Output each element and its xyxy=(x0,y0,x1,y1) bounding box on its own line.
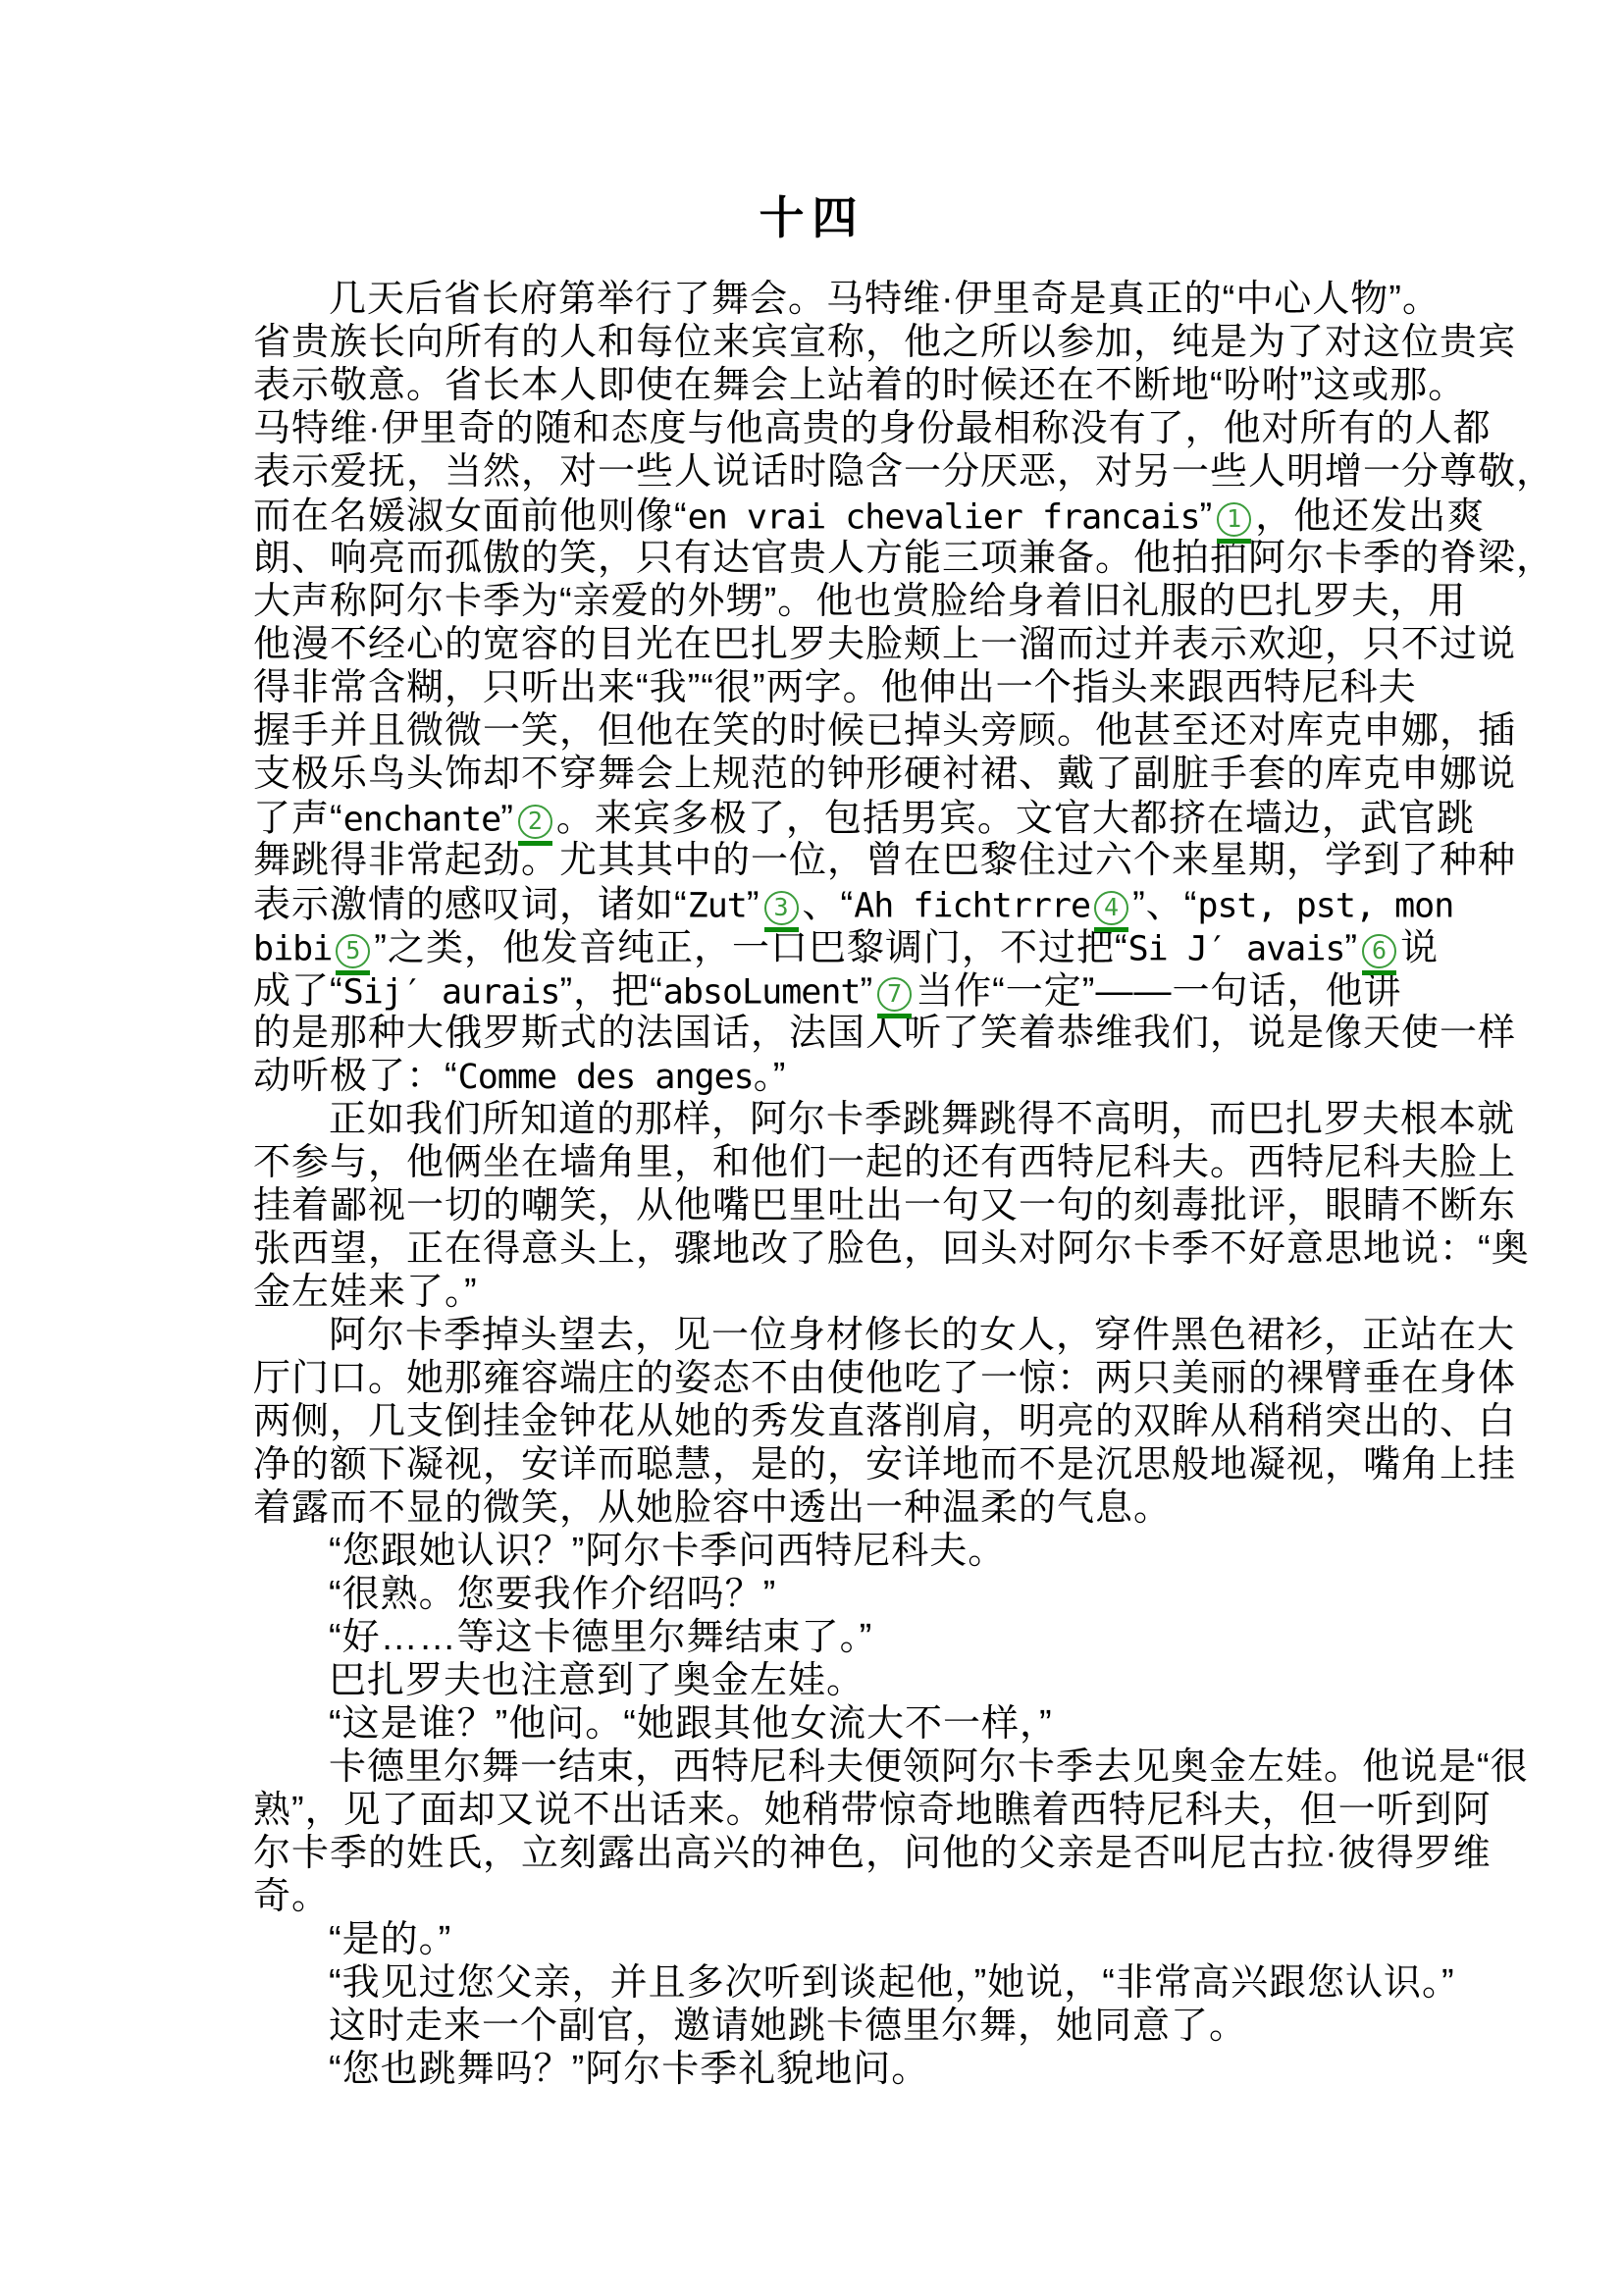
text-line: “好……等这卡德里尔舞结束了。” xyxy=(253,1616,1401,1659)
text-line: 几天后省长府第举行了舞会。马特维·伊里奇是真正的“中心人物”。 xyxy=(253,278,1401,321)
text-line: 卡德里尔舞一结束，西特尼科夫便领阿尔卡季去见奥金左娃。他说是“很 xyxy=(253,1746,1401,1789)
text-line: 他漫不经心的宽容的目光在巴扎罗夫脸颊上一溜而过并表示欢迎，只不过说 xyxy=(253,623,1401,666)
text-line: “很熟。您要我作介绍吗？” xyxy=(253,1573,1401,1616)
paragraph: “是的。” xyxy=(253,1918,1401,1961)
text-line: 金左娃来了。” xyxy=(253,1271,1401,1314)
paragraph: 阿尔卡季掉头望去，见一位身材修长的女人，穿件黑色裙衫，正站在大厅门口。她那雍容端… xyxy=(253,1314,1401,1530)
text-line: “我见过您父亲，并且多次听到谈起他，”她说，“非常高兴跟您认识。” xyxy=(253,1961,1401,2005)
chinese-text: 正如我们所知道的那样，阿尔卡季跳舞跳得不高明，而巴扎罗夫根本就 xyxy=(329,1099,1515,1140)
chinese-text: “这是谁？”他问。“她跟其他女流大不一样，” xyxy=(329,1703,1053,1745)
text-line: 厅门口。她那雍容端庄的姿态不由使他吃了一惊：两只美丽的裸臂垂在身体 xyxy=(253,1357,1401,1400)
chinese-text: 。” xyxy=(754,1056,787,1097)
chinese-text: 着露而不显的微笑，从她脸容中透出一种温柔的气息。 xyxy=(253,1487,1172,1529)
paragraph: 巴扎罗夫也注意到了奥金左娃。 xyxy=(253,1659,1401,1702)
chinese-text: 净的额下凝视，安详而聪慧，是的，安详地而不是沉思般地凝视，嘴角上挂 xyxy=(253,1444,1516,1486)
chinese-text: 支极乐鸟头饰却不穿舞会上规范的钟形硬衬裙、戴了副脏手套的库克申娜说 xyxy=(253,754,1516,795)
chinese-text: ” xyxy=(1200,496,1214,538)
footnote-ref-4[interactable]: 4 xyxy=(1094,882,1128,932)
footnote-ref-circle: 5 xyxy=(336,934,370,968)
text-line: “是的。” xyxy=(253,1918,1401,1961)
text-line: 舞跳得非常起劲。尤其其中的一位，曾在巴黎住过六个来星期，学到了种种 xyxy=(253,839,1401,882)
chinese-text: 省贵族长向所有的人和每位来宾宣称，他之所以参加，纯是为了对这位贵宾 xyxy=(253,322,1516,363)
text-line: 阿尔卡季掉头望去，见一位身材修长的女人，穿件黑色裙衫，正站在大 xyxy=(253,1314,1401,1357)
chinese-text: “我见过您父亲，并且多次听到谈起他，”她说，“非常高兴跟您认识。” xyxy=(329,1962,1455,2004)
chinese-text: ”之类，他发音纯正，一口巴黎调门，不过把“ xyxy=(374,928,1127,969)
text-line: 尔卡季的姓氏，立刻露出高兴的神色，问他的父亲是否叫尼古拉·彼得罗维 xyxy=(253,1832,1401,1875)
chinese-text: 动听极了：“ xyxy=(253,1056,458,1097)
chinese-text: ” xyxy=(747,885,760,926)
footnote-ref-circle: 3 xyxy=(764,891,799,925)
footnote-ref-1[interactable]: 1 xyxy=(1217,494,1251,544)
text-line: 熟”，见了面却又说不出话来。她稍带惊奇地瞧着西特尼科夫，但一听到阿 xyxy=(253,1789,1401,1832)
latin-text: Ah fichtrrre xyxy=(854,887,1090,926)
chinese-text: 表示爱抚，当然，对一些人说话时隐含一分厌恶，对另一些人明增一分尊敬， xyxy=(253,451,1554,493)
text-line: 的是那种大俄罗斯式的法国话，法国人听了笑着恭维我们，说是像天使一样 xyxy=(253,1012,1401,1055)
paragraph: “您也跳舞吗？”阿尔卡季礼貌地问。 xyxy=(253,2048,1401,2091)
chinese-text: 卡德里尔舞一结束，西特尼科夫便领阿尔卡季去见奥金左娃。他说是“很 xyxy=(329,1747,1529,1788)
latin-text: enchante xyxy=(343,801,501,840)
chinese-text: ”，把“ xyxy=(559,971,662,1013)
latin-text: pst, pst, mon xyxy=(1197,887,1453,926)
document-body: 几天后省长府第举行了舞会。马特维·伊里奇是真正的“中心人物”。省贵族长向所有的人… xyxy=(253,278,1401,2091)
chapter-title: 十四 xyxy=(0,182,1624,247)
text-line: 支极乐鸟头饰却不穿舞会上规范的钟形硬衬裙、戴了副脏手套的库克申娜说 xyxy=(253,753,1401,796)
latin-text: Zut xyxy=(688,887,747,926)
footnote-ref-circle: 2 xyxy=(518,805,552,839)
chinese-text: 阿尔卡季掉头望去，见一位身材修长的女人，穿件黑色裙衫，正站在大 xyxy=(329,1315,1515,1356)
chinese-text: 说 xyxy=(1400,928,1439,969)
chinese-text: 舞跳得非常起劲。尤其其中的一位，曾在巴黎住过六个来星期，学到了种种 xyxy=(253,840,1516,881)
footnote-ref-2[interactable]: 2 xyxy=(518,796,552,846)
chinese-text: 成了“ xyxy=(253,971,343,1013)
paragraph: 卡德里尔舞一结束，西特尼科夫便领阿尔卡季去见奥金左娃。他说是“很熟”，见了面却又… xyxy=(253,1746,1401,1918)
chinese-text: ，他还发出爽 xyxy=(1255,496,1485,538)
paragraph: “您跟她认识？”阿尔卡季问西特尼科夫。 xyxy=(253,1530,1401,1573)
latin-text: bibi xyxy=(253,930,332,969)
footnote-ref-6[interactable]: 6 xyxy=(1362,925,1396,975)
chinese-text: “是的。” xyxy=(329,1919,451,1960)
text-line: 表示激情的感叹词，诸如“Zut”3、“Ah fichtrrre4”、“pst, … xyxy=(253,882,1401,925)
paragraph: 这时走来一个副官，邀请她跳卡德里尔舞，她同意了。 xyxy=(253,2005,1401,2048)
text-line: 省贵族长向所有的人和每位来宾宣称，他之所以参加，纯是为了对这位贵宾 xyxy=(253,321,1401,364)
chinese-text: 、“ xyxy=(803,885,855,926)
chinese-text: 这时走来一个副官，邀请她跳卡德里尔舞，她同意了。 xyxy=(329,2006,1247,2047)
chinese-text: 不参与，他俩坐在墙角里，和他们一起的还有西特尼科夫。西特尼科夫脸上 xyxy=(253,1142,1516,1183)
text-line: 张西望，正在得意头上，骤地改了脸色，回头对阿尔卡季不好意思地说：“奥 xyxy=(253,1227,1401,1271)
text-line: “您也跳舞吗？”阿尔卡季礼貌地问。 xyxy=(253,2048,1401,2091)
text-line: 得非常含糊，只听出来“我”“很”两字。他伸出一个指头来跟西特尼科夫 xyxy=(253,666,1401,709)
footnote-ref-5[interactable]: 5 xyxy=(336,925,370,975)
text-line: 正如我们所知道的那样，阿尔卡季跳舞跳得不高明，而巴扎罗夫根本就 xyxy=(253,1098,1401,1141)
text-line: “这是谁？”他问。“她跟其他女流大不一样，” xyxy=(253,1702,1401,1746)
chinese-text: 表示敬意。省长本人即使在舞会上站着的时候还在不断地“吩咐”这或那。 xyxy=(253,365,1466,406)
text-line: 奇。 xyxy=(253,1875,1401,1918)
paragraph: 正如我们所知道的那样，阿尔卡季跳舞跳得不高明，而巴扎罗夫根本就不参与，他俩坐在墙… xyxy=(253,1098,1401,1314)
chinese-text: 大声称阿尔卡季为“亲爱的外甥”。他也赏脸给身着旧礼服的巴扎罗夫，用 xyxy=(253,581,1466,622)
document-page: 十四 几天后省长府第举行了舞会。马特维·伊里奇是真正的“中心人物”。省贵族长向所… xyxy=(0,0,1624,2294)
paragraph: “我见过您父亲，并且多次听到谈起他，”她说，“非常高兴跟您认识。” xyxy=(253,1961,1401,2005)
chinese-text: 而在名媛淑女面前他则像“ xyxy=(253,496,688,538)
text-line: 两侧，几支倒挂金钟花从她的秀发直落削肩，明亮的双眸从稍稍突出的、白 xyxy=(253,1400,1401,1443)
chinese-text: ”、“ xyxy=(1132,885,1197,926)
latin-text: absoLument xyxy=(663,973,861,1013)
chinese-text: 了声“ xyxy=(253,799,343,840)
latin-text: Sij′ aurais xyxy=(343,973,560,1013)
footnote-ref-circle: 1 xyxy=(1217,502,1251,537)
text-line: 了声“enchante”2。来宾多极了，包括男宾。文官大都挤在墙边，武官跳 xyxy=(253,796,1401,839)
chinese-text: “您跟她认识？”阿尔卡季问西特尼科夫。 xyxy=(329,1531,1006,1572)
chinese-text: ” xyxy=(1344,928,1358,969)
text-line: 握手并且微微一笑，但他在笑的时候已掉头旁顾。他甚至还对库克申娜，插 xyxy=(253,709,1401,753)
text-line: 着露而不显的微笑，从她脸容中透出一种温柔的气息。 xyxy=(253,1486,1401,1530)
footnote-ref-circle: 7 xyxy=(877,977,912,1012)
text-line: 表示敬意。省长本人即使在舞会上站着的时候还在不断地“吩咐”这或那。 xyxy=(253,364,1401,407)
text-line: 大声称阿尔卡季为“亲爱的外甥”。他也赏脸给身着旧礼服的巴扎罗夫，用 xyxy=(253,580,1401,623)
footnote-ref-circle: 6 xyxy=(1362,934,1396,968)
chinese-text: 两侧，几支倒挂金钟花从她的秀发直落削肩，明亮的双眸从稍稍突出的、白 xyxy=(253,1401,1516,1442)
paragraph: 几天后省长府第举行了舞会。马特维·伊里奇是真正的“中心人物”。省贵族长向所有的人… xyxy=(253,278,1401,1098)
chinese-text: 厅门口。她那雍容端庄的姿态不由使他吃了一惊：两只美丽的裸臂垂在身体 xyxy=(253,1358,1516,1399)
text-line: 这时走来一个副官，邀请她跳卡德里尔舞，她同意了。 xyxy=(253,2005,1401,2048)
text-line: 不参与，他俩坐在墙角里，和他们一起的还有西特尼科夫。西特尼科夫脸上 xyxy=(253,1141,1401,1184)
text-line: 成了“Sij′ aurais”，把“absoLument”7当作“一定”——一句… xyxy=(253,968,1401,1012)
text-line: 巴扎罗夫也注意到了奥金左娃。 xyxy=(253,1659,1401,1702)
chinese-text: “好……等这卡德里尔舞结束了。” xyxy=(329,1617,872,1658)
chinese-text: 他漫不经心的宽容的目光在巴扎罗夫脸颊上一溜而过并表示欢迎，只不过说 xyxy=(253,624,1516,665)
chinese-text: “您也跳舞吗？”阿尔卡季礼貌地问。 xyxy=(329,2049,929,2090)
chinese-text: 握手并且微微一笑，但他在笑的时候已掉头旁顾。他甚至还对库克申娜，插 xyxy=(253,710,1516,752)
text-line: 表示爱抚，当然，对一些人说话时隐含一分厌恶，对另一些人明增一分尊敬， xyxy=(253,450,1401,494)
chinese-text: 表示激情的感叹词，诸如“ xyxy=(253,885,688,926)
chinese-text: 尔卡季的姓氏，立刻露出高兴的神色，问他的父亲是否叫尼古拉·彼得罗维 xyxy=(253,1833,1492,1874)
chinese-text: 挂着鄙视一切的嘲笑，从他嘴巴里吐出一句又一句的刻毒批评，眼睛不断东 xyxy=(253,1185,1516,1226)
text-line: bibi5”之类，他发音纯正，一口巴黎调门，不过把“Si J′ avais”6说 xyxy=(253,925,1401,968)
text-line: 动听极了：“Comme des anges。” xyxy=(253,1055,1401,1098)
text-line: 挂着鄙视一切的嘲笑，从他嘴巴里吐出一句又一句的刻毒批评，眼睛不断东 xyxy=(253,1184,1401,1227)
text-line: 而在名媛淑女面前他则像“en vrai chevalier francais”1… xyxy=(253,494,1401,537)
chinese-text: 朗、响亮而孤傲的笑，只有达官贵人方能三项兼备。他拍拍阿尔卡季的脊梁， xyxy=(253,538,1554,579)
chinese-text: ” xyxy=(500,799,514,840)
paragraph: “很熟。您要我作介绍吗？” xyxy=(253,1573,1401,1616)
chinese-text: 金左娃来了。” xyxy=(253,1272,478,1313)
latin-text: Comme des anges xyxy=(458,1058,754,1097)
chinese-text: “很熟。您要我作介绍吗？” xyxy=(329,1574,776,1615)
chinese-text: 。来宾多极了，包括男宾。文官大都挤在墙边，武官跳 xyxy=(556,799,1475,840)
text-line: 净的额下凝视，安详而聪慧，是的，安详地而不是沉思般地凝视，嘴角上挂 xyxy=(253,1443,1401,1486)
paragraph: “这是谁？”他问。“她跟其他女流大不一样，” xyxy=(253,1702,1401,1746)
text-line: 马特维·伊里奇的随和态度与他高贵的身份最相称没有了，他对所有的人都 xyxy=(253,407,1401,450)
footnote-ref-7[interactable]: 7 xyxy=(877,968,912,1018)
chinese-text: 得非常含糊，只听出来“我”“很”两字。他伸出一个指头来跟西特尼科夫 xyxy=(253,667,1417,708)
latin-text: en vrai chevalier francais xyxy=(688,498,1200,538)
chinese-text: ” xyxy=(860,971,873,1013)
chinese-text: 马特维·伊里奇的随和态度与他高贵的身份最相称没有了，他对所有的人都 xyxy=(253,408,1492,449)
chinese-text: 张西望，正在得意头上，骤地改了脸色，回头对阿尔卡季不好意思地说：“奥 xyxy=(253,1228,1530,1270)
latin-text: Si J′ avais xyxy=(1128,930,1345,969)
chinese-text: 熟”，见了面却又说不出话来。她稍带惊奇地瞧着西特尼科夫，但一听到阿 xyxy=(253,1790,1492,1831)
chinese-text: 巴扎罗夫也注意到了奥金左娃。 xyxy=(329,1660,864,1701)
footnote-ref-3[interactable]: 3 xyxy=(764,882,799,932)
chinese-text: 的是那种大俄罗斯式的法国话，法国人听了笑着恭维我们，说是像天使一样 xyxy=(253,1013,1516,1054)
chinese-text: 奇。 xyxy=(253,1876,330,1917)
footnote-ref-circle: 4 xyxy=(1094,891,1128,925)
chinese-text: 几天后省长府第举行了舞会。马特维·伊里奇是真正的“中心人物”。 xyxy=(329,279,1441,320)
text-line: “您跟她认识？”阿尔卡季问西特尼科夫。 xyxy=(253,1530,1401,1573)
chinese-text: 当作“一定”——一句话，他讲 xyxy=(916,971,1401,1013)
paragraph: “好……等这卡德里尔舞结束了。” xyxy=(253,1616,1401,1659)
